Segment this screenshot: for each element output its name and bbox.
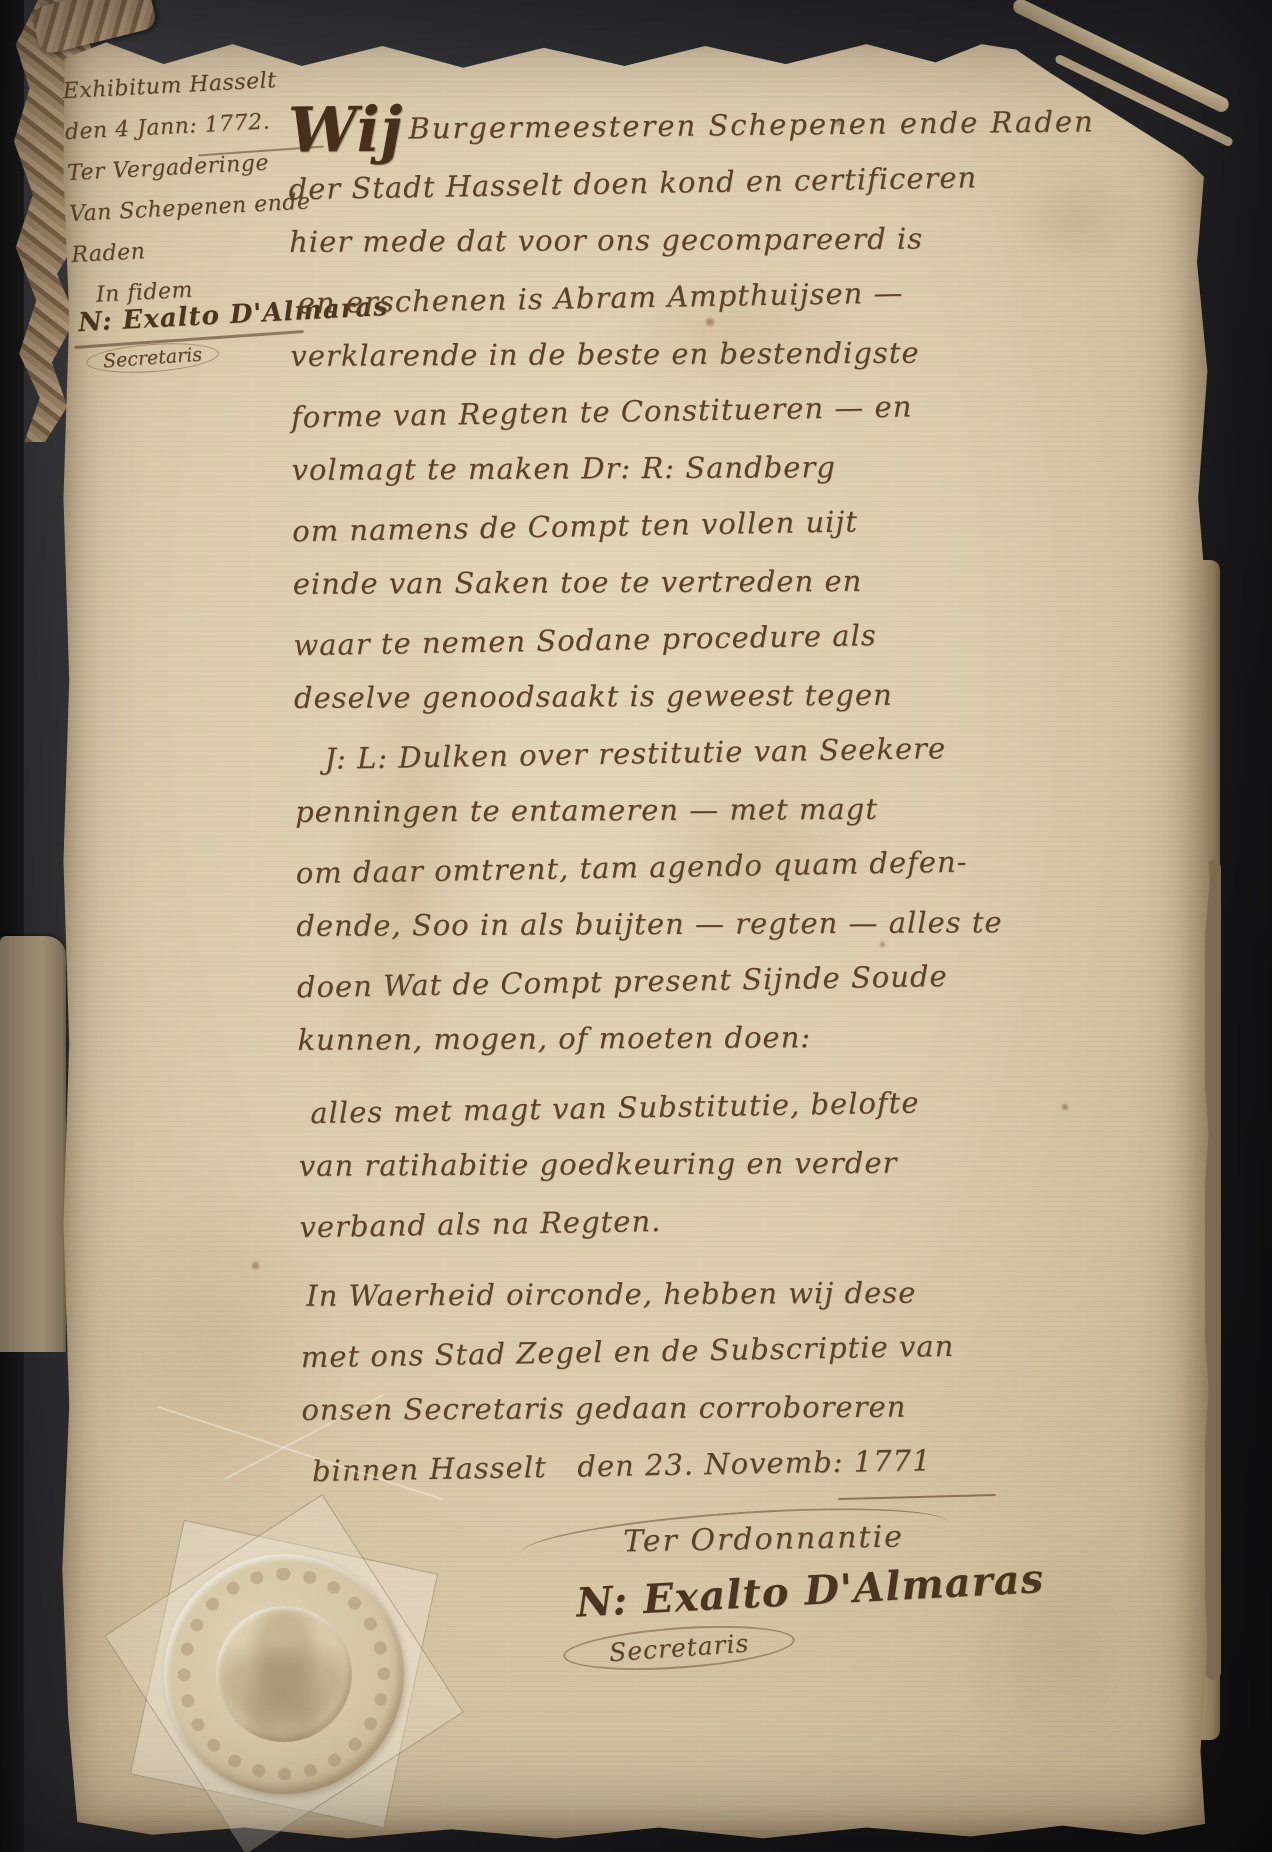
secretary-signature: N: Exalto D'Almaras bbox=[575, 1557, 1001, 1626]
body-line: kunnen, mogen, of moeten doen: bbox=[297, 1008, 1017, 1069]
body-line: J: L: Dulken over restitutie van Seekere bbox=[324, 719, 1015, 788]
certificate-body: WijBurgermeesteren Schepenen ende Raden … bbox=[288, 94, 1023, 1497]
body-line: om namens de Compt ten vollen uijt bbox=[292, 491, 1013, 561]
closing-block: Ter Ordonnantie N: Exalto D'Almaras Secr… bbox=[519, 1508, 1002, 1671]
book-spine-shadow bbox=[0, 0, 24, 1852]
seal-disc bbox=[164, 1554, 404, 1794]
body-line: doen Wat de Compt present Sijnde Soude bbox=[296, 947, 1017, 1017]
body-line: verklarende in de beste en bestendigste bbox=[290, 324, 1010, 385]
body-line: In Waerheid oirconde, hebben wij dese bbox=[306, 1264, 1020, 1325]
body-line: verband als na Regten. bbox=[299, 1187, 1020, 1257]
body-line: om daar omtrent, tam agendo quam defen- bbox=[295, 833, 1016, 903]
ink-spot bbox=[252, 1262, 259, 1269]
body-line: der Stadt Hasselt doen kond en certifice… bbox=[288, 149, 1009, 219]
body-line: penningen te entameren — met magt bbox=[295, 780, 1015, 841]
embossed-seal bbox=[148, 1538, 420, 1810]
body-line: onsen Secretaris gedaan corroboreren bbox=[301, 1378, 1021, 1439]
body-line: met ons Stad Zegel en de Subscriptie van bbox=[300, 1317, 1021, 1387]
body-line: deselve genoodsaakt is geweest tegen bbox=[294, 666, 1014, 727]
manuscript-photo: Exhibitum Hasseltden 4 Jann: 1772.Ter Ve… bbox=[0, 0, 1272, 1852]
body-line: forme van Regten te Constitueren — en bbox=[291, 377, 1012, 447]
body-line: volmagt te maken Dr: R: Sandberg bbox=[291, 438, 1011, 499]
body-line: hier mede dat voor ons gecompareerd is bbox=[289, 210, 1009, 271]
manuscript-line-text: Burgermeesteren Schepenen ende Raden bbox=[408, 104, 1095, 145]
body-line: alles met magt van Substitutie, belofte bbox=[310, 1073, 1019, 1142]
body-line: waar te nemen Sodane procedure als bbox=[293, 605, 1014, 675]
body-line: dende, Soo in als buijten — regten — all… bbox=[296, 894, 1016, 955]
seal-coat-of-arms bbox=[216, 1606, 352, 1742]
page-stack-edge bbox=[1205, 860, 1221, 1680]
opening-initial: Wij bbox=[288, 93, 403, 167]
ink-spot bbox=[1062, 1104, 1068, 1110]
body-line: en erschenen is Abram Ampthuijsen — bbox=[297, 263, 1010, 332]
bookmark-tab bbox=[0, 936, 66, 1352]
body-line: van ratihabitie goedkeuring en verder bbox=[299, 1134, 1019, 1195]
manuscript-line: WijBurgermeesteren Schepenen ende Raden bbox=[288, 94, 1009, 159]
secretary-title-wrap: Secretaris bbox=[563, 1622, 1002, 1671]
body-lines: der Stadt Hasselt doen kond en certifice… bbox=[288, 151, 1022, 1497]
body-line: einde van Saken toe te vertreden en bbox=[293, 552, 1013, 613]
